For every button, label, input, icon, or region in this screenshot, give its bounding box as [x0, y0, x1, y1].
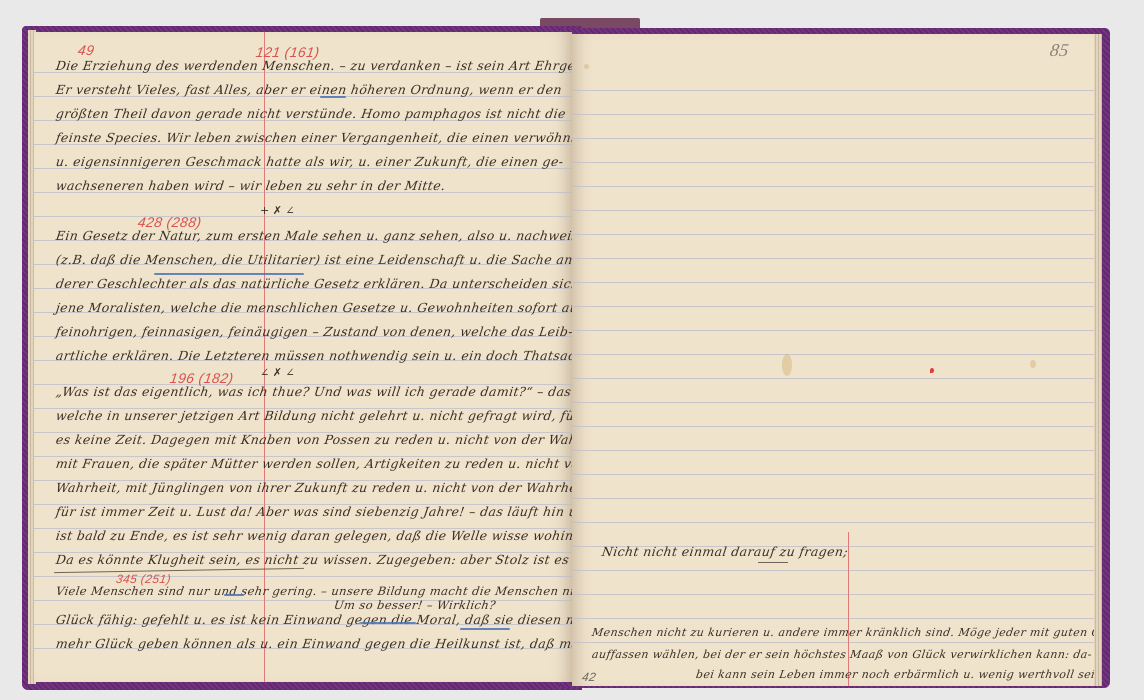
page-number: 85	[1049, 40, 1071, 61]
text-line: Wahrheit, mit Jünglingen von ihrer Zukun…	[55, 480, 572, 495]
section-separator: ∠ ✗ ∠	[260, 366, 295, 379]
rule-line	[572, 522, 1094, 523]
ink-underline	[758, 562, 788, 563]
text-line: Da es könnte Klugheit sein, es nicht zu …	[55, 552, 572, 567]
text-line: welche in unserer jetzigen Art Bildung n…	[55, 408, 572, 423]
page-number: 42	[581, 670, 597, 684]
text-line: Er versteht Vieles, fast Alles, aber er …	[55, 82, 563, 97]
rule-line	[572, 90, 1094, 91]
section-separator: + ✗ ∠	[260, 204, 295, 217]
rule-line	[572, 618, 1094, 619]
rule-line	[572, 114, 1094, 115]
rule-line	[572, 450, 1094, 451]
red-annotation: 49	[77, 42, 96, 58]
text-line: feinste Species. Wir leben zwischen eine…	[55, 130, 572, 145]
text-line: (z.B. daß die Menschen, die Utilitarier)…	[55, 252, 572, 267]
text-line: u. eigensinnigeren Geschmack hatte als w…	[55, 154, 565, 169]
text-line: Um so besser! – Wirklich?	[333, 598, 497, 612]
rule-line	[572, 642, 1094, 643]
rule-line	[572, 474, 1094, 475]
paper-stain	[584, 64, 589, 69]
blue-underline	[320, 96, 346, 98]
blue-underline	[224, 594, 244, 596]
text-line: derer Geschlechter als das natürliche Ge…	[55, 276, 572, 291]
red-ink-mark	[930, 368, 934, 373]
right-page: 85 42 Nicht nicht einmal darauf zu frage…	[572, 34, 1094, 686]
rule-line	[572, 378, 1094, 379]
rule-line	[572, 354, 1094, 355]
rule-line	[572, 162, 1094, 163]
rule-line	[572, 258, 1094, 259]
text-line: Nicht nicht einmal darauf zu fragen;	[601, 544, 849, 559]
text-line: ist bald zu Ende, es ist sehr wenig dara…	[55, 528, 572, 543]
rule-line	[572, 210, 1094, 211]
text-line: Viele Menschen sind nur und sehr gering.…	[55, 584, 572, 598]
text-line: für ist immer Zeit u. Lust da! Aber was …	[55, 504, 572, 519]
text-line: größten Theil davon gerade nicht verstün…	[55, 106, 567, 121]
text-line: es keine Zeit. Dagegen mit Knaben von Po…	[55, 432, 572, 447]
rule-line	[572, 570, 1094, 571]
rule-line	[572, 426, 1094, 427]
text-line: Ein Gesetz der Natur, zum ersten Male se…	[55, 228, 572, 243]
rule-line	[34, 576, 572, 577]
text-line: wachseneren haben wird – wir leben zu se…	[55, 178, 447, 193]
left-page: 49 121 (161) 428 (288) 196 (182) 345 (25…	[34, 32, 572, 682]
text-line: feinohrigen, feinnasigen, feinäugigen – …	[55, 324, 572, 339]
text-line: bei kann sein Leben immer noch erbärmlic…	[695, 668, 1094, 681]
text-line: „Was ist das eigentlich, was ich thue? U…	[55, 384, 572, 399]
text-line: mehr Glück geben können als u. ein Einwa…	[55, 636, 572, 651]
rule-line	[572, 138, 1094, 139]
rule-line	[34, 216, 572, 217]
rule-line	[572, 402, 1094, 403]
text-line: mit Frauen, die später Mütter werden sol…	[55, 456, 572, 471]
text-line: auffassen wählen, bei der er sein höchst…	[591, 648, 1093, 661]
text-line: Die Erziehung des werdenden Menschen. – …	[55, 58, 572, 73]
rule-line	[572, 330, 1094, 331]
paper-stain	[1030, 360, 1036, 368]
text-line: Glück fähig: gefehlt u. es ist kein Einw…	[55, 612, 572, 627]
margin-line	[848, 532, 849, 686]
rule-line	[572, 306, 1094, 307]
text-line: jene Moralisten, welche die menschlichen…	[55, 300, 572, 315]
paper-stain	[782, 354, 792, 376]
rule-line	[572, 498, 1094, 499]
blue-underline	[154, 273, 304, 275]
rule-line	[572, 186, 1094, 187]
rule-line	[572, 594, 1094, 595]
rule-line	[572, 282, 1094, 283]
ink-underline	[54, 568, 304, 573]
text-line: Menschen nicht zu kurieren u. andere imm…	[591, 626, 1094, 639]
rule-line	[572, 234, 1094, 235]
blue-underline	[460, 628, 510, 630]
blue-underline	[360, 622, 416, 624]
text-line: artliche erklären. Die Letzteren müssen …	[55, 348, 572, 363]
